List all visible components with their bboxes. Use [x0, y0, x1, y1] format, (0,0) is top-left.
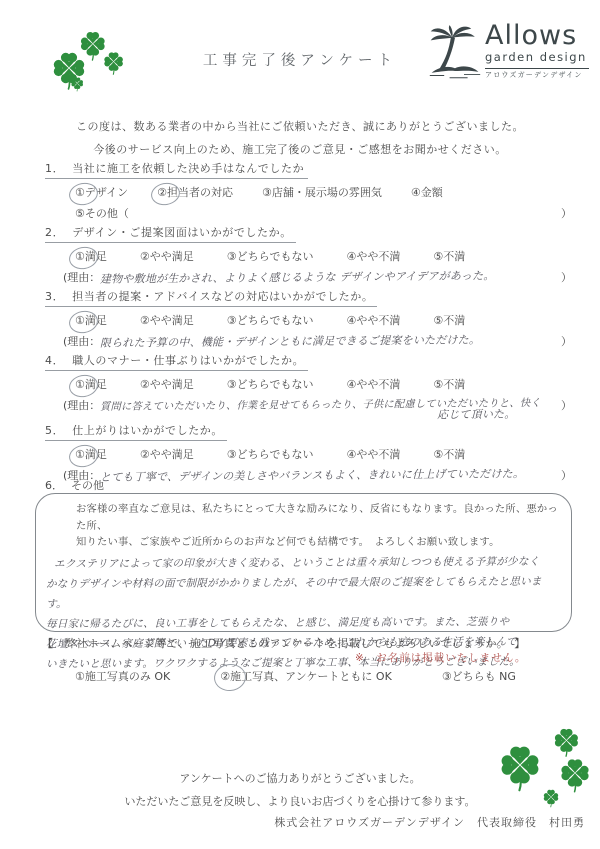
option-dissatisfied[interactable]: ⑤不満	[433, 378, 465, 392]
clover-icon	[492, 726, 600, 834]
question-3: 3．担当者の提案・アドバイスなどの対応はいかがでしたか。 ①満足 ②やや満足 ③…	[45, 290, 572, 349]
question-4: 4．職人のマナー・仕事ぶりはいかがでしたか。 ①満足 ②やや満足 ③どちらでもな…	[45, 354, 572, 413]
question-1-title: 1．当社に施工を依頼した決め手はなんでしたか	[45, 162, 308, 179]
survey-sheet: 工事完了後アンケート Allows garden design アロウズガーデン…	[0, 0, 600, 849]
question-text: 仕上がりはいかがでしたか。	[72, 424, 223, 437]
comment-prompt-line-2: 知りたい事、ご家族やご近所からのお声など何でも結構です。 よろしくお願い致します…	[46, 534, 561, 551]
handwritten-reason: 限られた予算の中、機能・デザインともに満足できるご提案をいただけた。	[100, 333, 480, 351]
logo-katakana: アロウズガーデンデザイン	[485, 71, 589, 80]
question-text: 担当者の提案・アドバイスなどの対応はいかがでしたか。	[72, 290, 373, 303]
option-somewhat-dissatisfied[interactable]: ④やや不満	[347, 250, 401, 264]
handwritten-reason: 建物や敷地が生かされ、よりよく感じるような デザインやアイデアがあった。	[100, 269, 495, 287]
question-2: 2．デザイン・ご提案図面はいかがでしたか。 ①満足 ②やや満足 ③どちらでもない…	[45, 226, 572, 285]
option-price[interactable]: ④金額	[411, 186, 443, 200]
question-text: 当社に施工を依頼した決め手はなんでしたか	[72, 162, 304, 175]
question-text: その他	[71, 479, 104, 492]
comment-line: エクステリアによって家の印象が大きく変わる、ということは重々承知しつつも使える予…	[46, 552, 561, 575]
question-3-title: 3．担当者の提案・アドバイスなどの対応はいかがでしたか。	[45, 290, 377, 307]
option-neutral[interactable]: ③どちらでもない	[227, 448, 314, 462]
reason-label: (理由：	[63, 335, 100, 349]
comment-line: 毎日家に帰るたびに、良い工事をしてもらえたな、と感じ、満足度も高いです。また、芝…	[46, 612, 561, 635]
other-close-paren: ）	[561, 207, 572, 221]
question-text: デザイン・ご提案図面はいかがでしたか。	[72, 226, 292, 239]
question-5-title: 5．仕上がりはいかがでしたか。	[45, 424, 227, 441]
question-4-title: 4．職人のマナー・仕事ぶりはいかがでしたか。	[45, 354, 308, 371]
handwritten-reason-continued: 応じて頂いた。	[437, 408, 516, 423]
option-dissatisfied[interactable]: ⑤不満	[433, 314, 465, 328]
reason-label: (理由：	[63, 271, 100, 285]
option-somewhat-satisfied[interactable]: ②やや満足	[140, 250, 194, 264]
option-satisfied[interactable]: ①満足	[75, 378, 107, 392]
question-1-options: ①デザイン ②担当者の対応 ③店舗・展示場の雰囲気 ④金額	[75, 186, 572, 200]
option-neutral[interactable]: ③どちらでもない	[227, 378, 314, 392]
question-3-options: ①満足 ②やや満足 ③どちらでもない ④やや不満 ⑤不満	[75, 314, 572, 328]
option-both-ng[interactable]: ③どちらも NG	[442, 670, 516, 684]
question-6: 6．その他	[45, 479, 572, 493]
question-3-reason: (理由： 限られた予算の中、機能・デザインともに満足できるご提案をいただけた。 …	[63, 335, 572, 349]
question-2-reason: (理由： 建物や敷地が生かされ、よりよく感じるような デザインやアイデアがあった…	[63, 271, 572, 285]
reason-close-paren: ）	[561, 335, 572, 349]
question-1: 1．当社に施工を依頼した決め手はなんでしたか ①デザイン ②担当者の対応 ③店舗…	[45, 162, 572, 221]
logo-tagline: garden design	[485, 50, 589, 65]
option-somewhat-dissatisfied[interactable]: ④やや不満	[347, 378, 401, 392]
publish-options: ①施工写真のみ OK ②施工写真、アンケートともに OK ③どちらも NG	[75, 670, 566, 684]
option-somewhat-dissatisfied[interactable]: ④やや不満	[347, 448, 401, 462]
option-satisfied[interactable]: ①満足	[75, 314, 107, 328]
option-staff-response[interactable]: ②担当者の対応	[157, 186, 233, 200]
option-somewhat-satisfied[interactable]: ②やや満足	[140, 314, 194, 328]
question-2-title: 2．デザイン・ご提案図面はいかがでしたか。	[45, 226, 296, 243]
option-satisfied[interactable]: ①満足	[75, 448, 107, 462]
option-somewhat-satisfied[interactable]: ②やや満足	[140, 378, 194, 392]
question-number: 6．	[45, 479, 63, 492]
publish-note: ※ お名前は掲載いたしません。	[355, 652, 526, 666]
option-somewhat-satisfied[interactable]: ②やや満足	[140, 448, 194, 462]
option-photos-only-ok[interactable]: ①施工写真のみ OK	[75, 670, 170, 684]
free-comment-box[interactable]: お客様の率直なご意見は、私たちにとって大きな励みになり、反省にもなります。良かっ…	[35, 493, 572, 632]
publish-question: 【 弊社ホームページ等で、施工写真とこのアンケートを掲載してもよろしいでしょうか…	[42, 637, 526, 651]
option-dissatisfied[interactable]: ⑤不満	[433, 448, 465, 462]
company-logo: Allows garden design アロウズガーデンデザイン	[428, 22, 589, 84]
reason-close-paren: ）	[561, 271, 572, 285]
option-photos-and-survey-ok[interactable]: ②施工写真、アンケートともに OK	[220, 670, 392, 684]
intro-line-1: この度は、数ある業者の中から当社にご依頼いただき、誠にありがとうございました。	[0, 120, 600, 134]
clover-icon	[50, 30, 146, 116]
question-number: 2．	[45, 226, 64, 239]
option-neutral[interactable]: ③どちらでもない	[227, 314, 314, 328]
option-somewhat-dissatisfied[interactable]: ④やや不満	[347, 314, 401, 328]
question-number: 1．	[45, 162, 64, 175]
question-number: 3．	[45, 290, 64, 303]
comment-prompt-line-1: お客様の率直なご意見は、私たちにとって大きな励みになり、反省にもなります。良かっ…	[46, 501, 561, 534]
question-number: 5．	[45, 424, 64, 437]
comment-line: かなりデザインや材料の面で制限がかかりましたが、その中で最大限のご提案をしてもら…	[46, 572, 561, 615]
question-5-options: ①満足 ②やや満足 ③どちらでもない ④やや不満 ⑤不満	[75, 448, 572, 462]
reason-label: (理由：	[63, 399, 100, 413]
logo-brand: Allows	[485, 22, 589, 49]
option-showroom[interactable]: ③店舗・展示場の雰囲気	[262, 186, 382, 200]
question-text: 職人のマナー・仕事ぶりはいかがでしたか。	[72, 354, 304, 367]
option-satisfied[interactable]: ①満足	[75, 250, 107, 264]
logo-divider	[485, 68, 589, 69]
intro-line-2: 今後のサービス向上のため、施工完了後のご意見・ご感想をお聞かせください。	[0, 143, 600, 157]
option-neutral[interactable]: ③どちらでもない	[227, 250, 314, 264]
reason-close-paren: ）	[561, 399, 572, 413]
palm-tree-icon	[428, 22, 482, 84]
question-number: 4．	[45, 354, 64, 367]
option-other[interactable]: ⑤その他（	[75, 207, 129, 221]
option-dissatisfied[interactable]: ⑤不満	[433, 250, 465, 264]
question-1-other: ⑤その他（ ）	[75, 207, 572, 221]
question-5: 5．仕上がりはいかがでしたか。 ①満足 ②やや満足 ③どちらでもない ④やや不満…	[45, 424, 572, 483]
question-4-options: ①満足 ②やや満足 ③どちらでもない ④やや不満 ⑤不満	[75, 378, 572, 392]
option-design[interactable]: ①デザイン	[75, 186, 128, 200]
question-2-options: ①満足 ②やや満足 ③どちらでもない ④やや不満 ⑤不満	[75, 250, 572, 264]
